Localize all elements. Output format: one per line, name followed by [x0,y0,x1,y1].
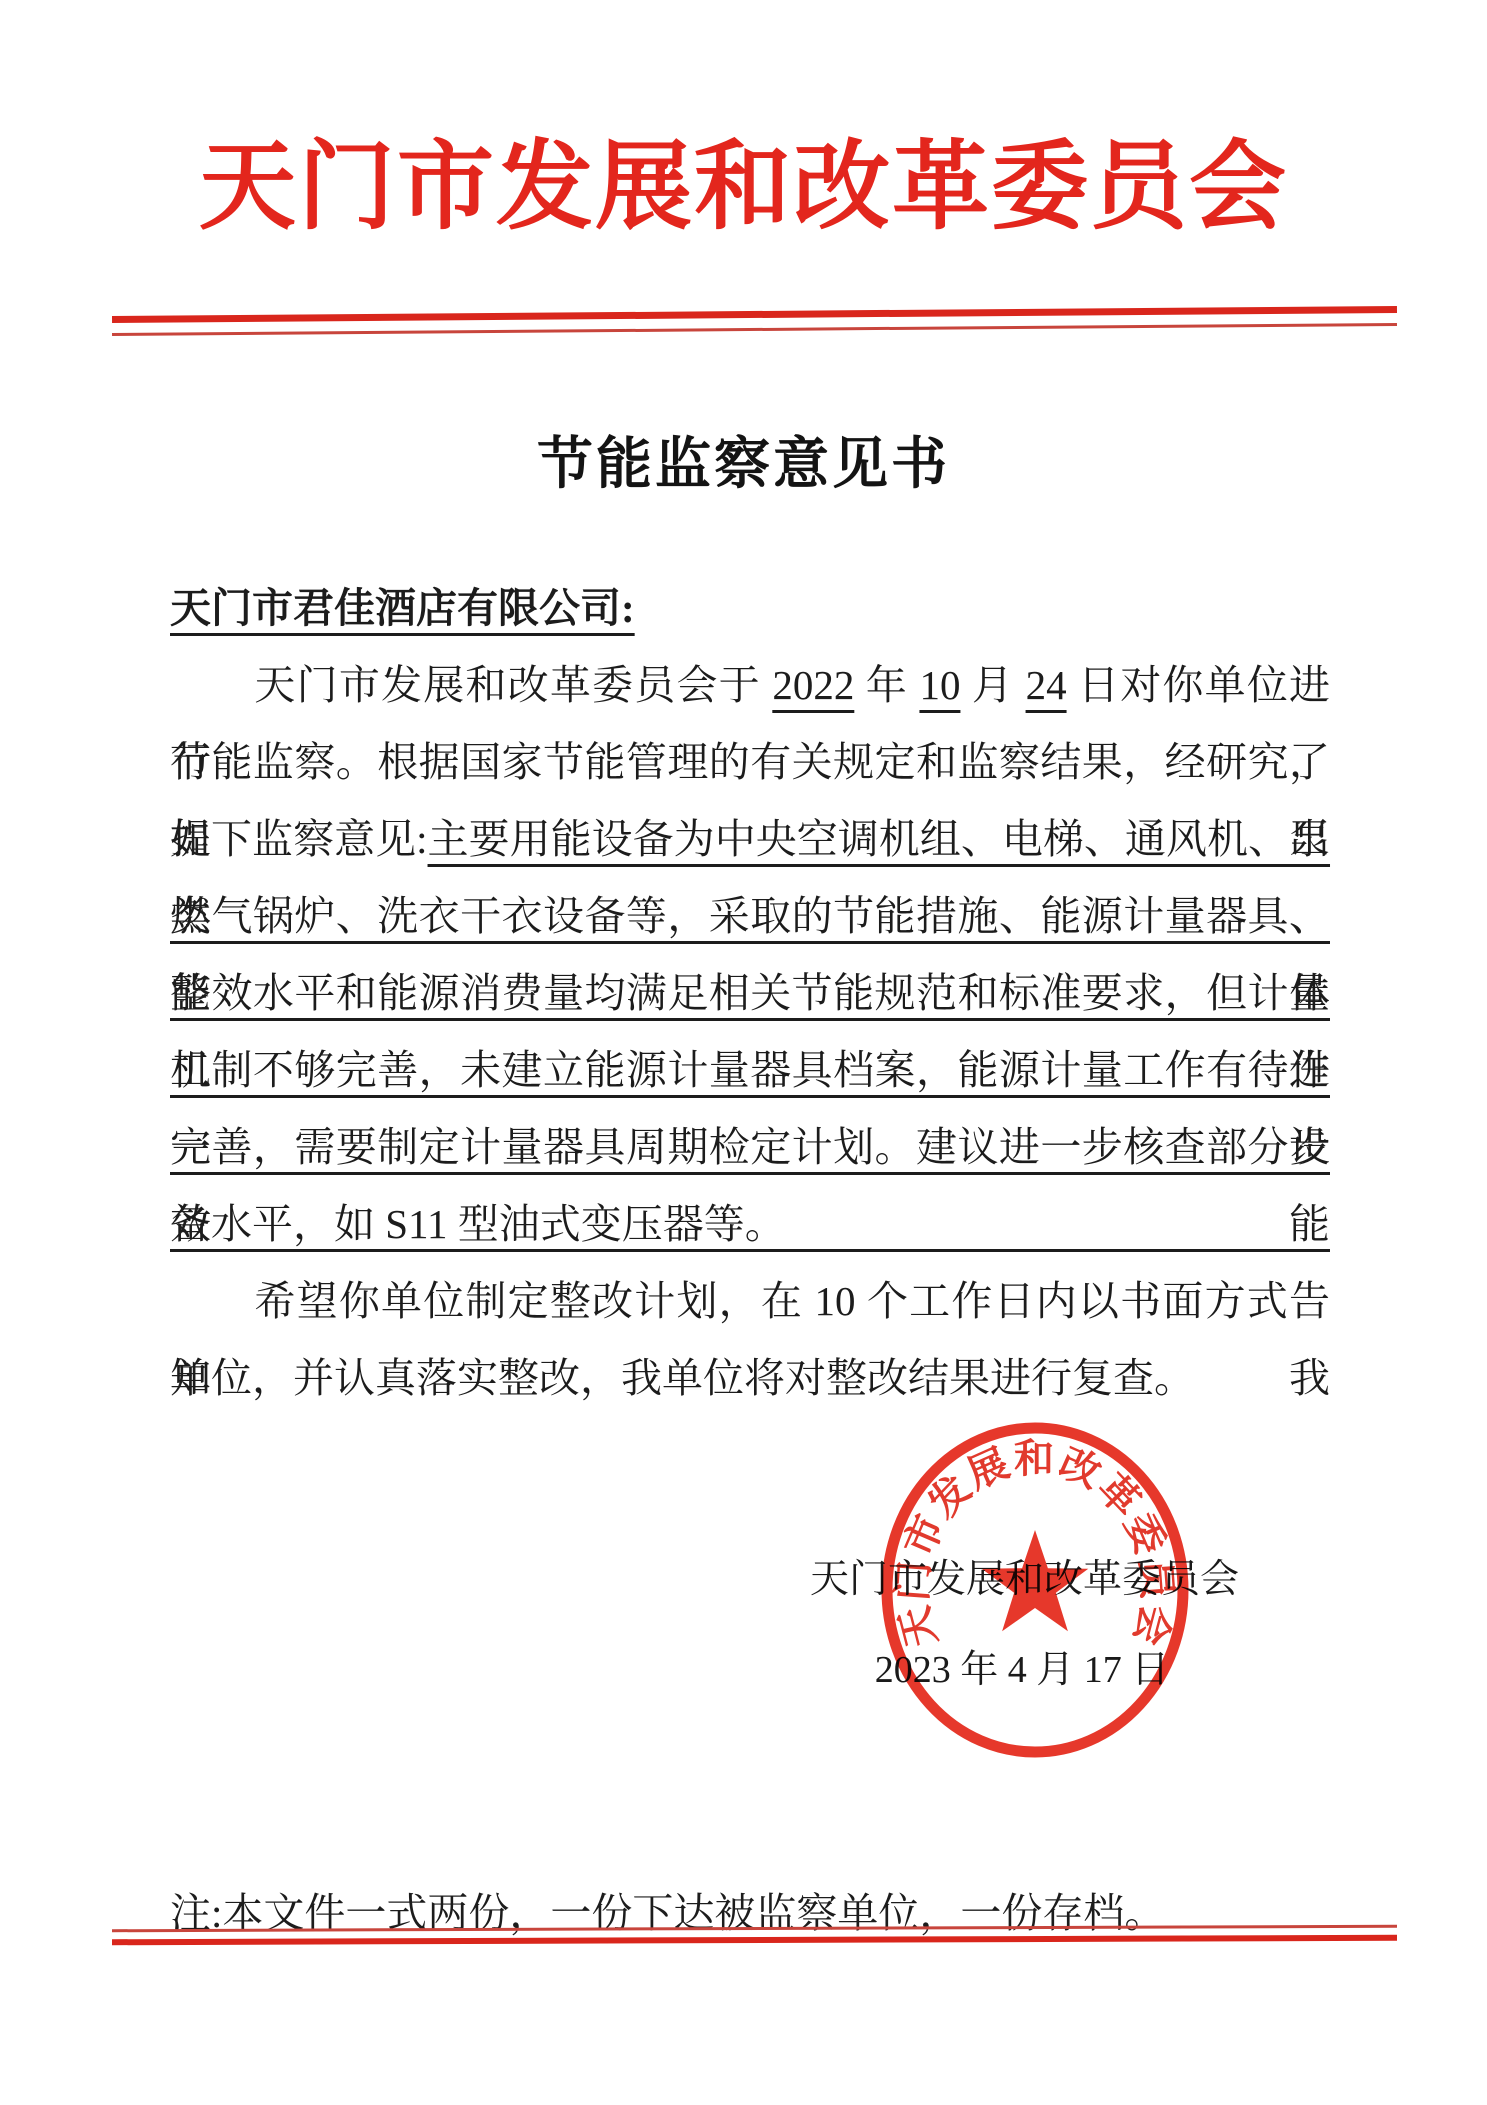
document-title: 节能监察意见书 [0,420,1487,500]
body-text: 天门市君佳酒店有限公司: 天门市发展和改革委员会于 2022 年 10 月 24… [170,570,1330,1417]
body-line: 机制不够完善，未建立能源计量器具档案，能源计量工作有待进一步 [170,1032,1330,1109]
underlined-text: 10 [919,662,960,708]
body-line: 能效水平和能源消费量均满足相关节能规范和标准要求，但计量工作 [170,955,1330,1032]
body-line: 希望你单位制定整改计划，在 10 个工作日内以书面方式告知我 [170,1263,1330,1340]
official-seal: 天门市发展和改革委员会 [877,1420,1193,1760]
letterhead-rule-thin [112,323,1397,336]
plain-text: 年 [854,662,919,708]
underlined-text: 24 [1026,662,1067,708]
body-line: 节能监察。根据国家节能管理的有关规定和监察结果，经研究，提出 [170,724,1330,801]
body-line: 天门市发展和改革委员会于 2022 年 10 月 24 日对你单位进行了 [170,647,1330,724]
underlined-text: 天门市君佳酒店有限公司: [170,585,635,631]
plain-text: 如下监察意见: [170,816,428,862]
plain-text: 月 [960,662,1025,708]
body-line: 如下监察意见:主要用能设备为中央空调机组、电梯、通风机、泵类、 [170,801,1330,878]
underlined-text: 2022 [772,662,854,708]
body-line: 天门市君佳酒店有限公司: [170,570,1330,647]
official-document-page: 天门市发展和改革委员会 节能监察意见书 天门市君佳酒店有限公司: 天门市发展和改… [0,0,1487,2105]
body-line: 燃气锅炉、洗衣干衣设备等，采取的节能措施、能源计量器具、整体 [170,878,1330,955]
body-line: 完善，需要制定计量器具周期检定计划。建议进一步核查部分设备能 [170,1109,1330,1186]
body-line: 单位，并认真落实整改，我单位将对整改结果进行复查。 [170,1340,1330,1417]
letterhead-agency-title: 天门市发展和改革委员会 [0,108,1487,248]
underlined-text [765,1201,806,1247]
letterhead-rule-thick [112,306,1397,323]
plain-text: 天门市发展和改革委员会于 [170,662,772,708]
seal-star-icon [982,1530,1089,1631]
underlined-text: 效水平，如 S11 型油式变压器等。 [170,1201,765,1247]
plain-text: 单位，并认真落实整改，我单位将对整改结果进行复查。 [170,1355,1195,1401]
